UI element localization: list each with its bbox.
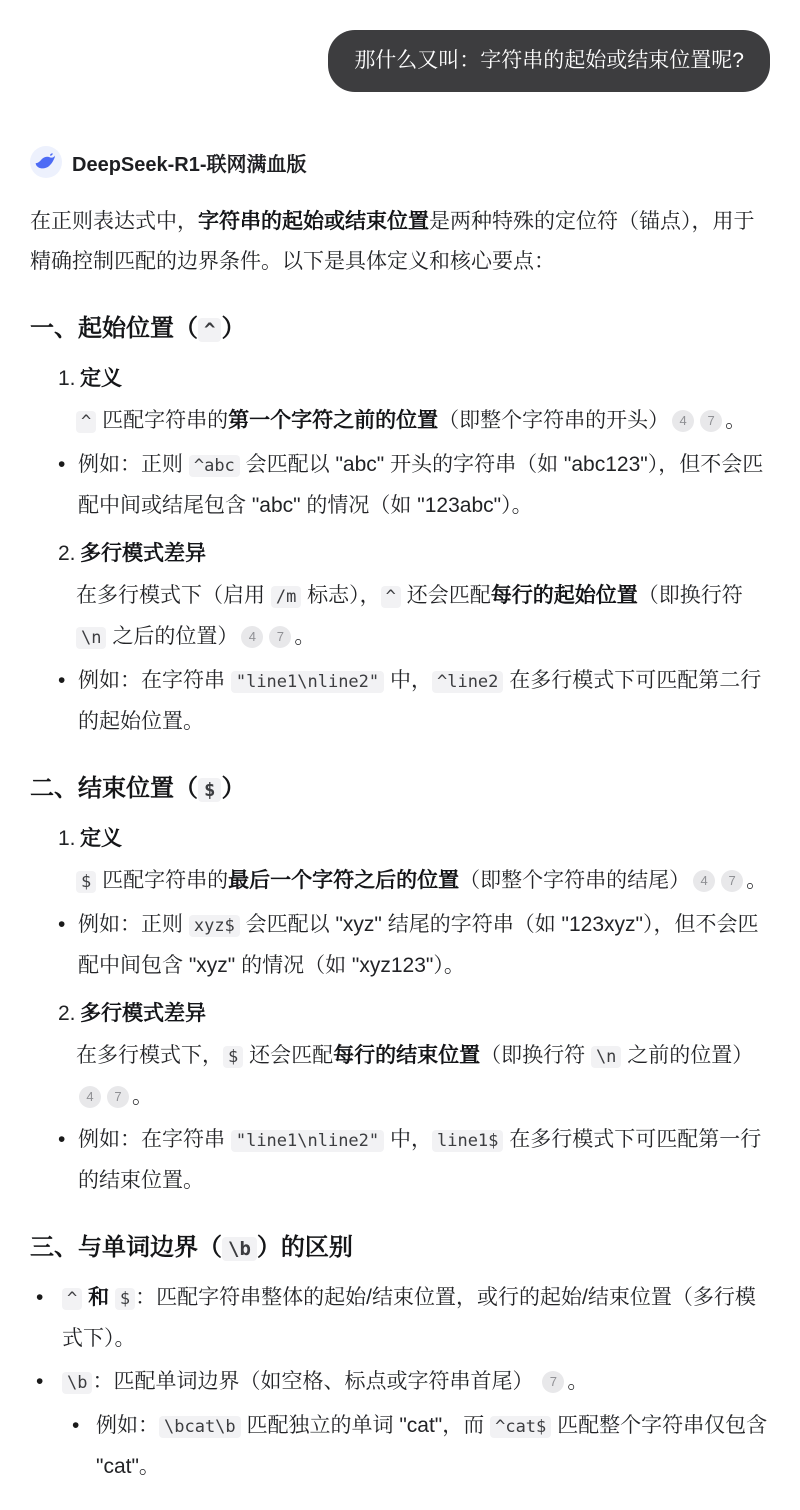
plain-text: 。 [725,409,746,432]
section-heading: 三、与单词边界（\b）的区别 [30,1231,770,1266]
plain-text: ）的区别 [257,1234,353,1261]
bold-text: 定义 [80,827,122,850]
plain-text: 例如：正则 [78,453,189,476]
plain-text: 在正则表达式中， [30,210,198,233]
list-number: 2. [58,534,80,574]
paragraph: $ 匹配字符串的最后一个字符之后的位置（即整个字符串的结尾）47。 [30,861,770,902]
citation-badge[interactable]: 7 [542,1371,564,1393]
bold-text: 定义 [80,367,122,390]
bold-text: 每行的结束位置 [333,1044,480,1067]
citation-badge[interactable]: 7 [700,410,722,432]
inline-code: \n [591,1046,621,1068]
plain-text: 。 [746,869,767,892]
inline-code: $ [115,1288,135,1310]
inline-code: \b [62,1372,92,1394]
bullet-item: •^ 和 $：匹配字符串整体的起始/结束位置，或行的起始/结束位置（多行模式下）… [30,1278,770,1359]
text-run: 在多行模式下（启用 /m 标志），^ 还会匹配每行的起始位置（即换行符 \n 之… [76,576,770,658]
numbered-item: 1.定义 [30,359,770,399]
text-run: 二、结束位置（$） [30,772,770,807]
bullet-icon: • [36,1362,62,1402]
citation-badge[interactable]: 4 [79,1086,101,1108]
bold-text: 字符串的起始或结束位置 [198,210,429,233]
text-run: 定义 [80,359,770,399]
plain-text: 还会匹配 [243,1044,333,1067]
bold-text: 第一个字符之前的位置 [228,409,438,432]
text-run: 多行模式差异 [80,994,770,1034]
plain-text: 标志）， [301,584,380,607]
text-run: ^ 匹配字符串的第一个字符之前的位置（即整个字符串的开头）47。 [76,401,770,442]
plain-text: 匹配独立的单词 "cat"，而 [241,1414,490,1437]
bullet-item: •例如：在字符串 "line1\nline2" 中，^line2 在多行模式下可… [30,661,770,742]
plain-text: 。 [567,1370,588,1393]
paragraph: 在正则表达式中，字符串的起始或结束位置是两种特殊的定位符（锚点），用于精确控制匹… [30,202,770,282]
plain-text: 中， [384,669,432,692]
text-run: 在正则表达式中，字符串的起始或结束位置是两种特殊的定位符（锚点），用于精确控制匹… [30,202,770,282]
plain-text: 三、与单词边界（ [30,1234,222,1261]
user-message-text: 那什么又叫：字符串的起始或结束位置呢? [354,49,744,72]
inline-code: \n [76,627,106,649]
bold-text: 每行的起始位置 [491,584,638,607]
text-run: 一、起始位置（^） [30,312,770,347]
list-number: 1. [58,819,80,859]
user-message-bubble: 那什么又叫：字符串的起始或结束位置呢? [328,30,770,92]
text-run: 多行模式差异 [80,534,770,574]
inline-code: xyz$ [189,915,240,937]
plain-text: 匹配字符串的 [96,409,228,432]
bullet-item: •例如：在字符串 "line1\nline2" 中，line1$ 在多行模式下可… [30,1120,770,1201]
plain-text: （即换行符 [480,1044,591,1067]
inline-code: ^ [62,1288,82,1310]
text-run: 例如：在字符串 "line1\nline2" 中，line1$ 在多行模式下可匹… [78,1120,770,1201]
text-run: \b：匹配单词边界（如空格、标点或字符串首尾） 7。 [62,1362,770,1403]
bold-text: 和 [82,1286,115,1309]
plain-text: 例如： [96,1414,159,1437]
numbered-item: 1.定义 [30,819,770,859]
plain-text: （即整个字符串的开头） [438,409,669,432]
inline-code: ^ [381,586,401,608]
plain-text: ：匹配字符串整体的起始/结束位置，或行的起始/结束位置（多行模式下）。 [62,1286,756,1350]
text-run: 例如：\bcat\b 匹配独立的单词 "cat"，而 ^cat$ 匹配整个字符串… [96,1406,770,1487]
bold-text: 多行模式差异 [80,1002,206,1025]
inline-code: "line1\nline2" [231,671,384,693]
list-number: 1. [58,359,80,399]
chat-page: 那什么又叫：字符串的起始或结束位置呢? DeepSeek-R1-联网满血版 在正… [0,0,800,1510]
inline-code: line1$ [432,1130,503,1152]
bullet-icon: • [58,1120,78,1160]
plain-text: 一、起始位置（ [30,315,198,342]
citation-badge[interactable]: 7 [721,870,743,892]
plain-text: （即整个字符串的结尾） [459,869,690,892]
bullet-item: •例如：\bcat\b 匹配独立的单词 "cat"，而 ^cat$ 匹配整个字符… [30,1406,770,1487]
bullet-icon: • [72,1406,96,1446]
inline-code: ^abc [189,455,240,477]
inline-code: ^cat$ [490,1416,551,1438]
numbered-item: 2.多行模式差异 [30,534,770,574]
inline-code: \b [222,1237,257,1261]
citation-badge[interactable]: 4 [672,410,694,432]
model-header: DeepSeek-R1-联网满血版 [30,146,770,178]
bullet-icon: • [58,905,78,945]
text-run: 例如：正则 ^abc 会匹配以 "abc" 开头的字符串（如 "abc123"）… [78,445,770,526]
citation-badge[interactable]: 7 [269,626,291,648]
plain-text: 。 [294,625,315,648]
citation-badge[interactable]: 7 [107,1086,129,1108]
text-run: 定义 [80,819,770,859]
plain-text: 。 [132,1085,153,1108]
deepseek-whale-icon [30,146,62,178]
bullet-item: •\b：匹配单词边界（如空格、标点或字符串首尾） 7。 [30,1362,770,1403]
plain-text: 例如：在字符串 [78,1128,231,1151]
bullet-item: •例如：正则 xyz$ 会匹配以 "xyz" 结尾的字符串（如 "123xyz"… [30,905,770,986]
model-name-label: DeepSeek-R1-联网满血版 [72,148,307,177]
bullet-icon: • [36,1278,62,1318]
list-number: 2. [58,994,80,1034]
bold-text: 多行模式差异 [80,542,206,565]
inline-code: ^line2 [432,671,503,693]
inline-code: $ [223,1046,243,1068]
plain-text: 匹配字符串的 [96,869,228,892]
text-run: 在多行模式下，$ 还会匹配每行的结束位置（即换行符 \n 之前的位置）47。 [76,1036,770,1117]
plain-text: 二、结束位置（ [30,775,198,802]
text-run: ^ 和 $：匹配字符串整体的起始/结束位置，或行的起始/结束位置（多行模式下）。 [62,1278,770,1359]
assistant-message-content: 在正则表达式中，字符串的起始或结束位置是两种特殊的定位符（锚点），用于精确控制匹… [30,202,770,1487]
user-message-row: 那什么又叫：字符串的起始或结束位置呢? [30,30,770,92]
inline-code: \bcat\b [159,1416,241,1438]
text-run: 例如：正则 xyz$ 会匹配以 "xyz" 结尾的字符串（如 "123xyz"）… [78,905,770,986]
bold-text: 最后一个字符之后的位置 [228,869,459,892]
plain-text: ：匹配单词边界（如空格、标点或字符串首尾） [92,1370,539,1393]
paragraph: ^ 匹配字符串的第一个字符之前的位置（即整个字符串的开头）47。 [30,401,770,442]
text-run: 例如：在字符串 "line1\nline2" 中，^line2 在多行模式下可匹… [78,661,770,742]
bullet-icon: • [58,661,78,701]
inline-code: ^ [198,318,221,342]
text-run: $ 匹配字符串的最后一个字符之后的位置（即整个字符串的结尾）47。 [76,861,770,902]
plain-text: 之前的位置） [621,1044,753,1067]
plain-text: （即换行符 [638,584,743,607]
bullet-icon: • [58,445,78,485]
plain-text: 之后的位置） [106,625,238,648]
citation-badge[interactable]: 4 [241,626,263,648]
bullet-item: •例如：正则 ^abc 会匹配以 "abc" 开头的字符串（如 "abc123"… [30,445,770,526]
plain-text: ） [221,775,245,802]
numbered-item: 2.多行模式差异 [30,994,770,1034]
plain-text: ） [221,315,245,342]
inline-code: ^ [76,411,96,433]
text-run: 三、与单词边界（\b）的区别 [30,1231,770,1266]
plain-text: 在多行模式下， [76,1044,223,1067]
inline-code: /m [271,586,301,608]
plain-text: 例如：在字符串 [78,669,231,692]
paragraph: 在多行模式下，$ 还会匹配每行的结束位置（即换行符 \n 之前的位置）47。 [30,1036,770,1117]
plain-text: 在多行模式下（启用 [76,584,271,607]
plain-text: 中， [384,1128,432,1151]
citation-badge[interactable]: 4 [693,870,715,892]
section-heading: 二、结束位置（$） [30,772,770,807]
assistant-message: DeepSeek-R1-联网满血版 在正则表达式中，字符串的起始或结束位置是两种… [30,146,770,1487]
plain-text: 还会匹配 [401,584,491,607]
section-heading: 一、起始位置（^） [30,312,770,347]
inline-code: "line1\nline2" [231,1130,384,1152]
inline-code: $ [76,871,96,893]
plain-text: 例如：正则 [78,913,189,936]
paragraph: 在多行模式下（启用 /m 标志），^ 还会匹配每行的起始位置（即换行符 \n 之… [30,576,770,658]
inline-code: $ [198,778,221,802]
